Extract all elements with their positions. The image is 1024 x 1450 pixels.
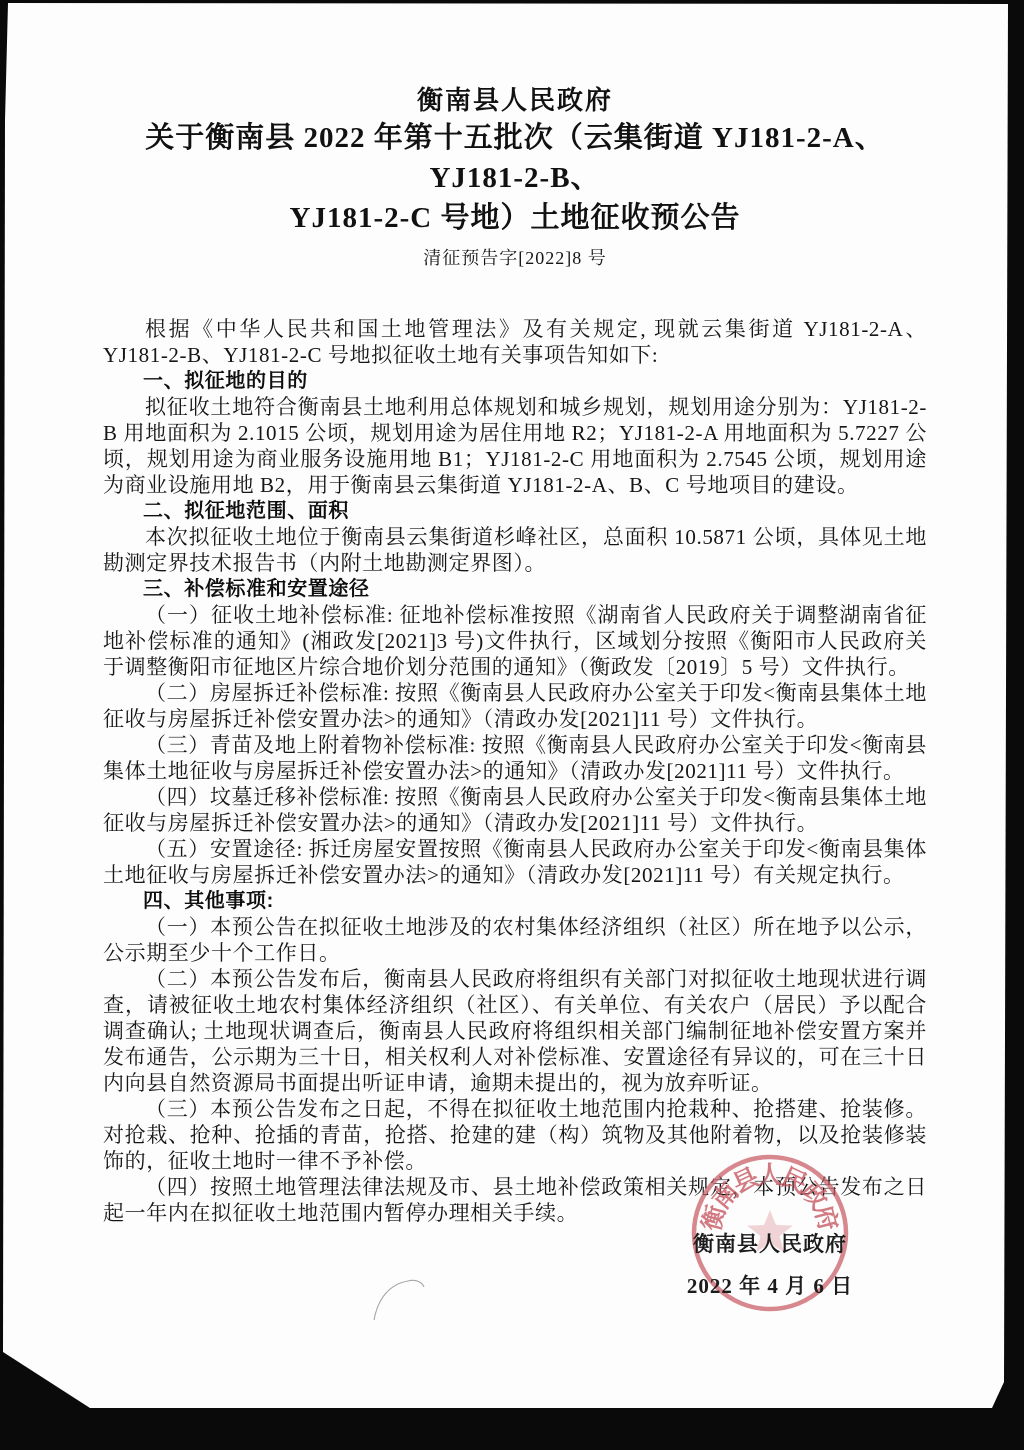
issuing-authority-title: 衡南县人民政府 [103, 84, 927, 118]
signature-date: 2022 年 4 月 6 日 [687, 1274, 853, 1298]
scan-hairline-artifact [360, 1268, 440, 1338]
document-content: 衡南县人民政府 关于衡南县 2022 年第十五批次（云集街道 YJ181-2-A… [103, 84, 927, 1226]
section-heading: 一、拟征地的目的 [103, 368, 927, 394]
section-heading: 二、拟征地范围、面积 [103, 498, 927, 524]
paragraph: （二）房屋拆迁补偿标准: 按照《衡南县人民政府办公室关于印发<衡南县集体土地征收… [103, 680, 927, 732]
paragraph: 拟征收土地符合衡南县土地利用总体规划和城乡规划，规划用途分别为：YJ181-2-… [103, 394, 927, 498]
paragraph: （三）青苗及地上附着物补偿标准: 按照《衡南县人民政府办公室关于印发<衡南县集体… [103, 732, 927, 784]
paragraph: （一）征收土地补偿标准: 征地补偿标准按照《湖南省人民政府关于调整湖南省征地补偿… [103, 602, 927, 680]
document-title-line1: 关于衡南县 2022 年第十五批次（云集街道 YJ181-2-A、YJ181-2… [103, 118, 927, 198]
document-number: 清征预告字[2022]8 号 [103, 246, 927, 270]
paragraph: （五）安置途径: 拆迁房屋安置按照《衡南县人民政府办公室关于印发<衡南县集体土地… [103, 836, 927, 888]
signature-org: 衡南县人民政府 [687, 1232, 853, 1256]
section-heading: 三、补偿标准和安置途径 [103, 576, 927, 602]
paragraph: （一）本预公告在拟征收土地涉及的农村集体经济组织（社区）所在地予以公示，公示期至… [103, 914, 927, 966]
document-title: 关于衡南县 2022 年第十五批次（云集街道 YJ181-2-A、YJ181-2… [103, 118, 927, 238]
document-title-line2: YJ181-2-C 号地）土地征收预公告 [103, 198, 927, 238]
paragraph: （四）坟墓迁移补偿标准: 按照《衡南县人民政府办公室关于印发<衡南县集体土地征收… [103, 784, 927, 836]
body-paragraphs: 根据《中华人民共和国土地管理法》及有关规定, 现就云集街道 YJ181-2-A、… [103, 316, 927, 1226]
paragraph: （二）本预公告发布后，衡南县人民政府将组织有关部门对拟征收土地现状进行调查，请被… [103, 966, 927, 1096]
paragraph: 本次拟征收土地位于衡南县云集街道杉峰社区，总面积 10.5871 公顷，具体见土… [103, 524, 927, 576]
paper-sheet: 衡南县人民政府 关于衡南县 2022 年第十五批次（云集街道 YJ181-2-A… [0, 0, 1024, 1450]
section-heading: 四、其他事项: [103, 888, 927, 914]
scanned-page: 衡南县人民政府 关于衡南县 2022 年第十五批次（云集街道 YJ181-2-A… [0, 0, 1024, 1450]
signature-block: 衡南县人民政府 2022 年 4 月 6 日 [687, 1232, 853, 1298]
paragraph: 根据《中华人民共和国土地管理法》及有关规定, 现就云集街道 YJ181-2-A、… [103, 316, 927, 368]
